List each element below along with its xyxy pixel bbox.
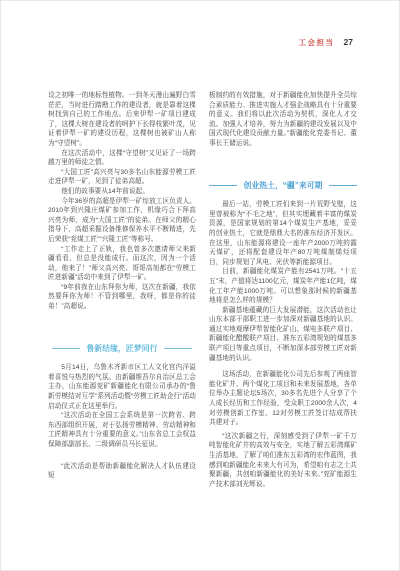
- paragraph: 5月14日，乌鲁木齐新市区工人文化宫内洋溢着喜悦与热烈的气氛。由新疆维吾尔自治区…: [48, 363, 196, 411]
- paragraph: “9年前我在山东拜你为师，这次在新疆，我依然要拜你为师！不管到哪里，我呀，都是你…: [48, 283, 196, 312]
- paragraph: 这场活动，在新疆能化公司先后参观了两座智能化矿井、两个煤化工项目和未来发展基地，…: [209, 370, 357, 428]
- paragraph: 板制约的有效措施，对于新疆能化加快提升全员综合素质能力、推进实施人才强企战略具有…: [209, 91, 357, 149]
- paragraph: 他们的故事要从14年前说起。: [48, 187, 196, 197]
- paragraph: 最后一站，劳模工匠们来到一片荒野戈壁，这里曾被称为“不毛之地”，但其实埋藏着丰富…: [209, 200, 357, 267]
- section-label: 工会担当: [299, 37, 335, 48]
- paragraph: 在这次活动中，这棵“守望树”又见证了一场跨越万里的师徒之情。: [48, 149, 196, 168]
- heading-rule-left: [52, 348, 80, 349]
- page-header: 工会担当 27: [299, 37, 353, 48]
- paragraph: “工作走上了正轨，我也曾多次邀请师父来新疆看看，但总是没能成行。而这次，因为一个…: [48, 245, 196, 283]
- paragraph: “这次活动在全国工会系统是第一次跨省、跨东西部组织开展，对于弘扬劳模精神、劳动精…: [48, 411, 196, 449]
- heading-rule-right: [329, 185, 357, 186]
- section-heading-lu-xin: 鲁新结缘，匠梦同行: [48, 344, 196, 354]
- page-number: 27: [344, 37, 353, 47]
- article-body: 设之初唯一的地标性植物。一到冬天漫山遍野白雪茫茫，当时进行踏勘工作的建设者，就是…: [48, 91, 353, 489]
- paragraph: “此次活动是帮助新疆能化解决人才队伍建设短: [48, 462, 196, 481]
- paragraph: 目前，新疆能化煤炭产能有2541万吨。“十五五”末，产值将达1100亿元，煤炭年…: [209, 267, 357, 305]
- paragraph: “这次新疆之行，深刻感受到了伊犁一矿千万吨智能化矿井的高效与安全，实地了解五彩湾…: [209, 432, 357, 490]
- section-heading-chuangye: 创业热土，“疆”来可期: [209, 181, 357, 191]
- section-heading-text: 创业热土，“疆”来可期: [243, 181, 322, 191]
- paragraph: 新疆基地蕴藏的巨大发展潜能，这次活动也让山东本部干部职工进一步加深对新疆基地的认…: [209, 306, 357, 364]
- paragraph: 设之初唯一的地标性植物。一到冬天漫山遍野白雪茫茫，当时进行踏勘工作的建设者，就是…: [48, 91, 196, 149]
- column-left: 设之初唯一的地标性植物。一到冬天漫山遍野白雪茫茫，当时进行踏勘工作的建设者，就是…: [48, 91, 196, 489]
- heading-rule-left: [209, 185, 237, 186]
- magazine-page: 工会担当 27 设之初唯一的地标性植物。一到冬天漫山遍野白雪茫茫，当时进行踏勘工…: [0, 0, 400, 571]
- paragraph: 今年36岁的高超是伊犁一矿综放工区负责人。2010年到兴隆庄煤矿参加工作，机缘巧…: [48, 197, 196, 245]
- section-heading-text: 鲁新结缘，匠梦同行: [86, 344, 157, 354]
- paragraph: “大国工匠”高兴亮与30多名山东能源劳模工匠走进伊犁一矿，见到了徒弟高超。: [48, 168, 196, 187]
- heading-rule-right: [164, 348, 192, 349]
- column-right: 板制约的有效措施，对于新疆能化加快提升全员综合素质能力、推进实施人才强企战略具有…: [209, 91, 357, 489]
